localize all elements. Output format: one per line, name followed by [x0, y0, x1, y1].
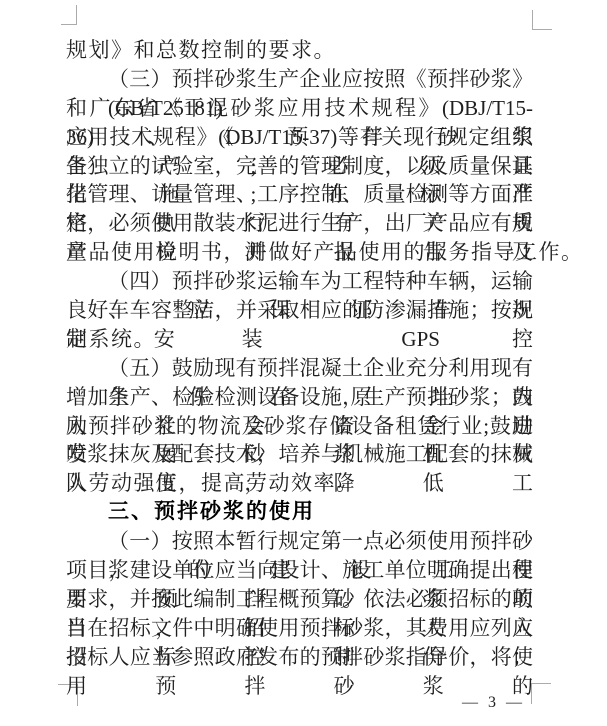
text-line: 喷浆抹灰及配套技术，培养与机械施工配套的抹灰队伍，降低工 — [66, 440, 533, 469]
text-line: 当在招标文件中明确使用预拌砂浆，其费用应列入招标控制价； — [66, 614, 533, 643]
margin-mark-bottom-right — [531, 683, 551, 704]
text-line: 备独立的试验室，完善的管理制度，以及质量保证措施;在标准 — [66, 152, 533, 181]
section-heading: 三、预拌砂浆的使用 — [66, 498, 533, 527]
text-line: （一）按照本暂行规定第一点必须使用预拌砂浆的建设工程 — [66, 527, 533, 556]
text-line: 项目，建设单位应当向设计、施工单位明确提出使用预拌砂浆的 — [66, 556, 533, 585]
text-line: 增加生产、检验检测设备设施，生产预拌砂浆；鼓励社会资金进 — [66, 383, 533, 412]
text-line: 良好、车容整洁，并采取相应的防渗漏措施；按规定安装 GPS 控 — [66, 296, 533, 325]
text-line: （五）鼓励现有预拌混凝土企业充分利用现有条件在原址内 — [66, 354, 533, 383]
text-line: 应用技术规程》(DBJ/T15-37)等有关现行规定组织生产;必须具 — [66, 123, 533, 152]
text-line: 产品使用说明书，并做好产品使用的服务指导工作。 — [66, 238, 533, 267]
text-line: 入预拌砂浆的物流及砂浆存储设备租赁行业;鼓励发展砂浆机械 — [66, 412, 533, 441]
text-line: （三）预拌砂浆生产企业应按照《预拌砂浆》(GB/T25181) — [66, 65, 533, 94]
document-body: 规划》和总数控制的要求。（三）预拌砂浆生产企业应按照《预拌砂浆》(GB/T251… — [66, 36, 533, 672]
text-line: 定，必须使用散装水泥进行生产，出厂产品应有质量检测报告及 — [66, 209, 533, 238]
text-line: （四）预拌砂浆运输车为工程特种车辆，运输车应保证车况 — [66, 267, 533, 296]
margin-mark-top-left — [61, 5, 77, 25]
document-page: 规划》和总数控制的要求。（三）预拌砂浆生产企业应按照《预拌砂浆》(GB/T251… — [0, 0, 607, 726]
text-line: 规划》和总数控制的要求。 — [66, 36, 533, 65]
text-line: 要求，并按此编制工程概预算。依法必须招标的项目，招标人应 — [66, 585, 533, 614]
page-number: — 3 — — [462, 694, 525, 712]
text-line: 化管理、计量管理、工序控制、质量检测等方面严格执行有关规 — [66, 180, 533, 209]
margin-mark-top-right — [532, 10, 552, 30]
text-line: 和广东省《干混砂浆应用技术规程》(DBJ/T15-36)、《预拌砂浆 — [66, 94, 533, 123]
text-line: 投标人应当参照政府发布的预拌砂浆指导价，将使用预拌砂浆的 — [66, 643, 533, 672]
